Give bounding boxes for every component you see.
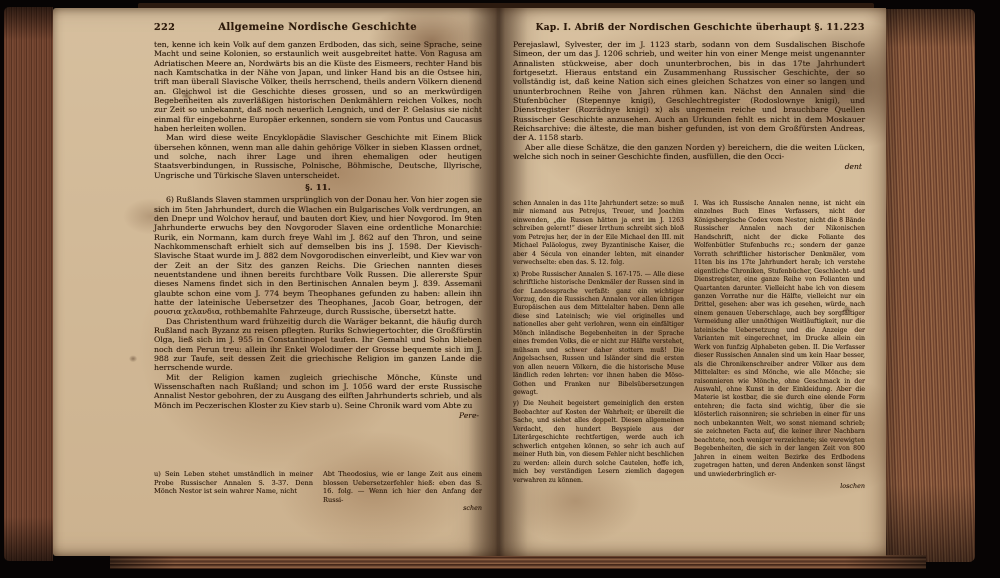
right-page-content: Kap. I. Abriß der Nordischen Geschichte … <box>513 22 865 171</box>
footnote-text: u) Sein Leben stehet umständlich in mein… <box>154 470 313 496</box>
footnote-section: schen Annalen in das 11te Jahrhundert se… <box>513 200 865 490</box>
footnote-text: I. Was ich Russische Annalen nenne, ist … <box>694 200 865 479</box>
footnote-text: schen Annalen in das 11te Jahrhundert se… <box>513 200 684 268</box>
page-number: 222 <box>154 22 175 33</box>
right-page-header: Kap. I. Abriß der Nordischen Geschichte … <box>513 22 865 33</box>
right-page: Kap. I. Abriß der Nordischen Geschichte … <box>498 8 886 556</box>
body-paragraph: Mit der Religion kamen zugleich griechis… <box>154 373 482 410</box>
footnote-text: x) Probe Russischer Annalen S. 167-175. … <box>513 271 684 398</box>
running-header: Allgemeine Nordische Geschichte <box>175 22 460 33</box>
footnote-column: schen Annalen in das 11te Jahrhundert se… <box>513 200 684 490</box>
left-page: 222 Allgemeine Nordische Geschichte ten,… <box>53 8 498 556</box>
footnote-section: u) Sein Leben stehet umständlich in mein… <box>154 470 482 512</box>
catchword: dent <box>513 162 865 171</box>
body-paragraph: Man wird diese weite Encyklopädie Slavis… <box>154 133 482 180</box>
page-number: 223 <box>844 22 865 33</box>
footnote-text: Abt Theodosius, wie er lange Zeit aus ei… <box>323 470 482 504</box>
body-paragraph: ten, kenne ich kein Volk auf dem ganzen … <box>154 40 482 133</box>
catchword: Pere- <box>154 411 482 420</box>
right-fore-edge <box>884 9 975 562</box>
body-paragraph: Perejaslawl, Sylvester, der im J. 1123 s… <box>513 40 865 143</box>
catchword: loschen <box>694 482 865 490</box>
catchword: schen <box>323 504 482 512</box>
left-page-header: 222 Allgemeine Nordische Geschichte <box>154 22 482 33</box>
section-heading: §. 11. <box>154 183 482 193</box>
footnote-column: Abt Theodosius, wie er lange Zeit aus ei… <box>323 470 482 512</box>
body-paragraph: 6) Rußlands Slaven stammen ursprünglich … <box>154 195 482 316</box>
running-header: Kap. I. Abriß der Nordischen Geschichte … <box>535 23 844 33</box>
footnote-column: u) Sein Leben stehet umständlich in mein… <box>154 470 313 512</box>
left-page-content: 222 Allgemeine Nordische Geschichte ten,… <box>154 22 482 420</box>
footnote-text: y) Die Neuheit begeistert gemeiniglich d… <box>513 400 684 485</box>
bottom-page-stack-edge <box>110 555 926 569</box>
body-paragraph: Aber alle diese Schätze, die den ganzen … <box>513 143 865 162</box>
body-paragraph: Das Christenthum ward frühzeitig durch d… <box>154 317 482 373</box>
footnote-column: I. Was ich Russische Annalen nenne, ist … <box>694 200 865 490</box>
left-fore-edge <box>4 7 53 561</box>
